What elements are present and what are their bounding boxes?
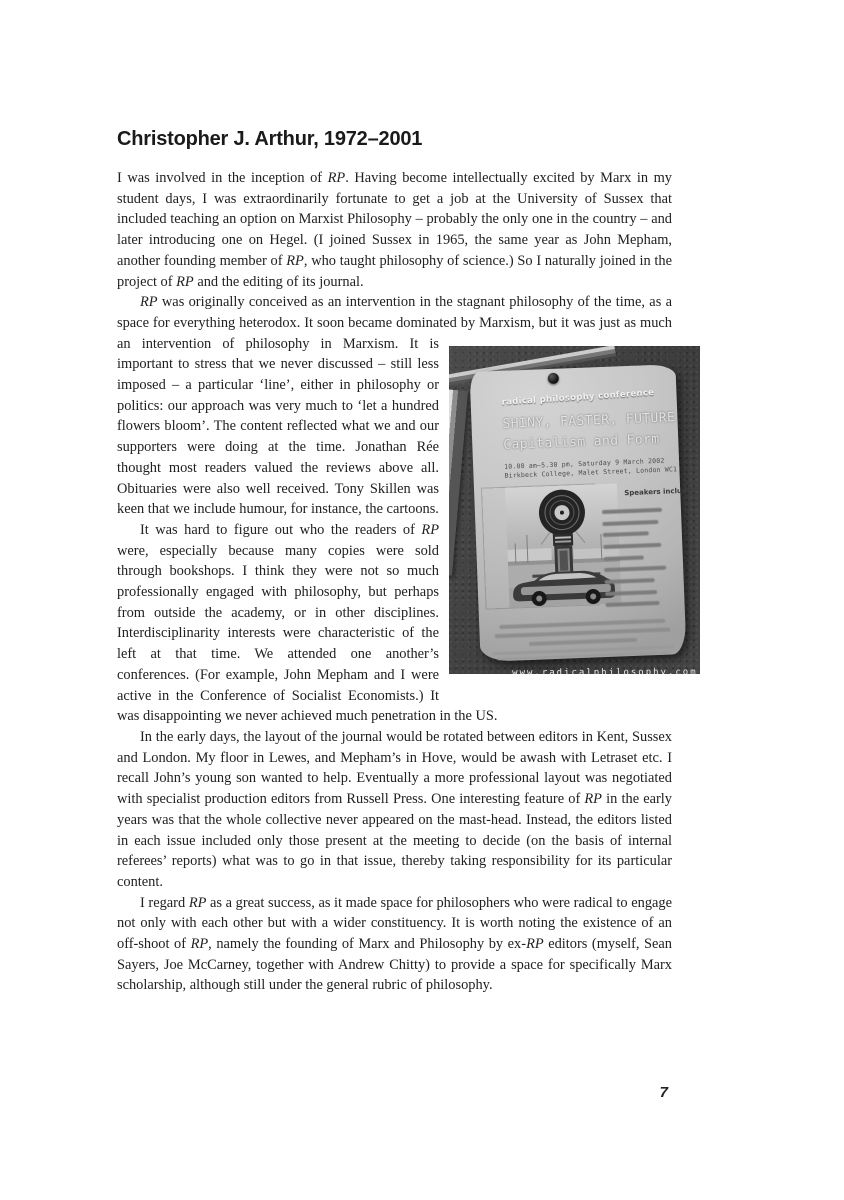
flyer-speakers-heading: Speakers include [601,480,692,504]
journal-abbreviation: RP [584,791,602,807]
journal-abbreviation: RP [328,170,346,186]
speaker-name-blurred [602,519,658,525]
article-body: I was involved in the inception of RP. H… [117,168,672,996]
session-line-blurred [495,627,671,638]
journal-abbreviation: RP [176,274,194,290]
flyer-sessions-block [487,618,678,647]
flyer-fineprint-block [488,645,678,660]
document-page: Christopher J. Arthur, 1972–2001 I was i… [0,0,844,1200]
paragraph: I was involved in the inception of RP. H… [117,168,672,292]
speaker-name-blurred [605,589,657,595]
flyer-meta: 10.00 am–5.30 pm, Saturday 9 March 2002 … [481,456,672,481]
page-number: 7 [660,1084,668,1101]
noticeboard-background: radical philosophy conference SHINY, FAS… [449,346,700,674]
speaker-name-blurred [605,578,655,584]
speaker-name-blurred [605,601,659,607]
session-line-blurred [499,618,665,628]
speaker-name-blurred [604,566,666,572]
journal-abbreviation: RP [191,936,209,952]
journal-abbreviation: RP [421,522,439,538]
speaker-name-blurred [604,555,644,561]
car-photo-art [482,484,599,608]
text-column: Christopher J. Arthur, 1972–2001 I was i… [117,128,672,996]
paragraph: In the early days, the layout of the jou… [117,727,672,893]
journal-abbreviation: RP [526,936,544,952]
speaker-name-blurred [603,542,661,548]
speaker-name-blurred [602,507,662,513]
page-title: Christopher J. Arthur, 1972–2001 [117,128,672,150]
flyer-website: www.radicalphilosophy.com [489,662,679,673]
conference-flyer-photo: radical philosophy conference SHINY, FAS… [449,346,700,674]
push-pin-icon [548,372,559,383]
session-line-blurred [529,637,637,645]
paragraph: I regard RP as a great success, as it ma… [117,893,672,997]
journal-abbreviation: RP [189,895,207,911]
speaker-name-blurred [603,531,649,537]
adjacent-frame-edge [449,389,468,575]
journal-abbreviation: RP [286,253,304,269]
journal-abbreviation: RP [140,294,158,310]
paragraph: RP was originally conceived as an interv… [117,292,672,520]
flyer-speakers-column: Speakers include [594,480,696,615]
flyer-main-row: Speakers include [482,481,677,619]
flyer: radical philosophy conference SHINY, FAS… [470,364,687,662]
